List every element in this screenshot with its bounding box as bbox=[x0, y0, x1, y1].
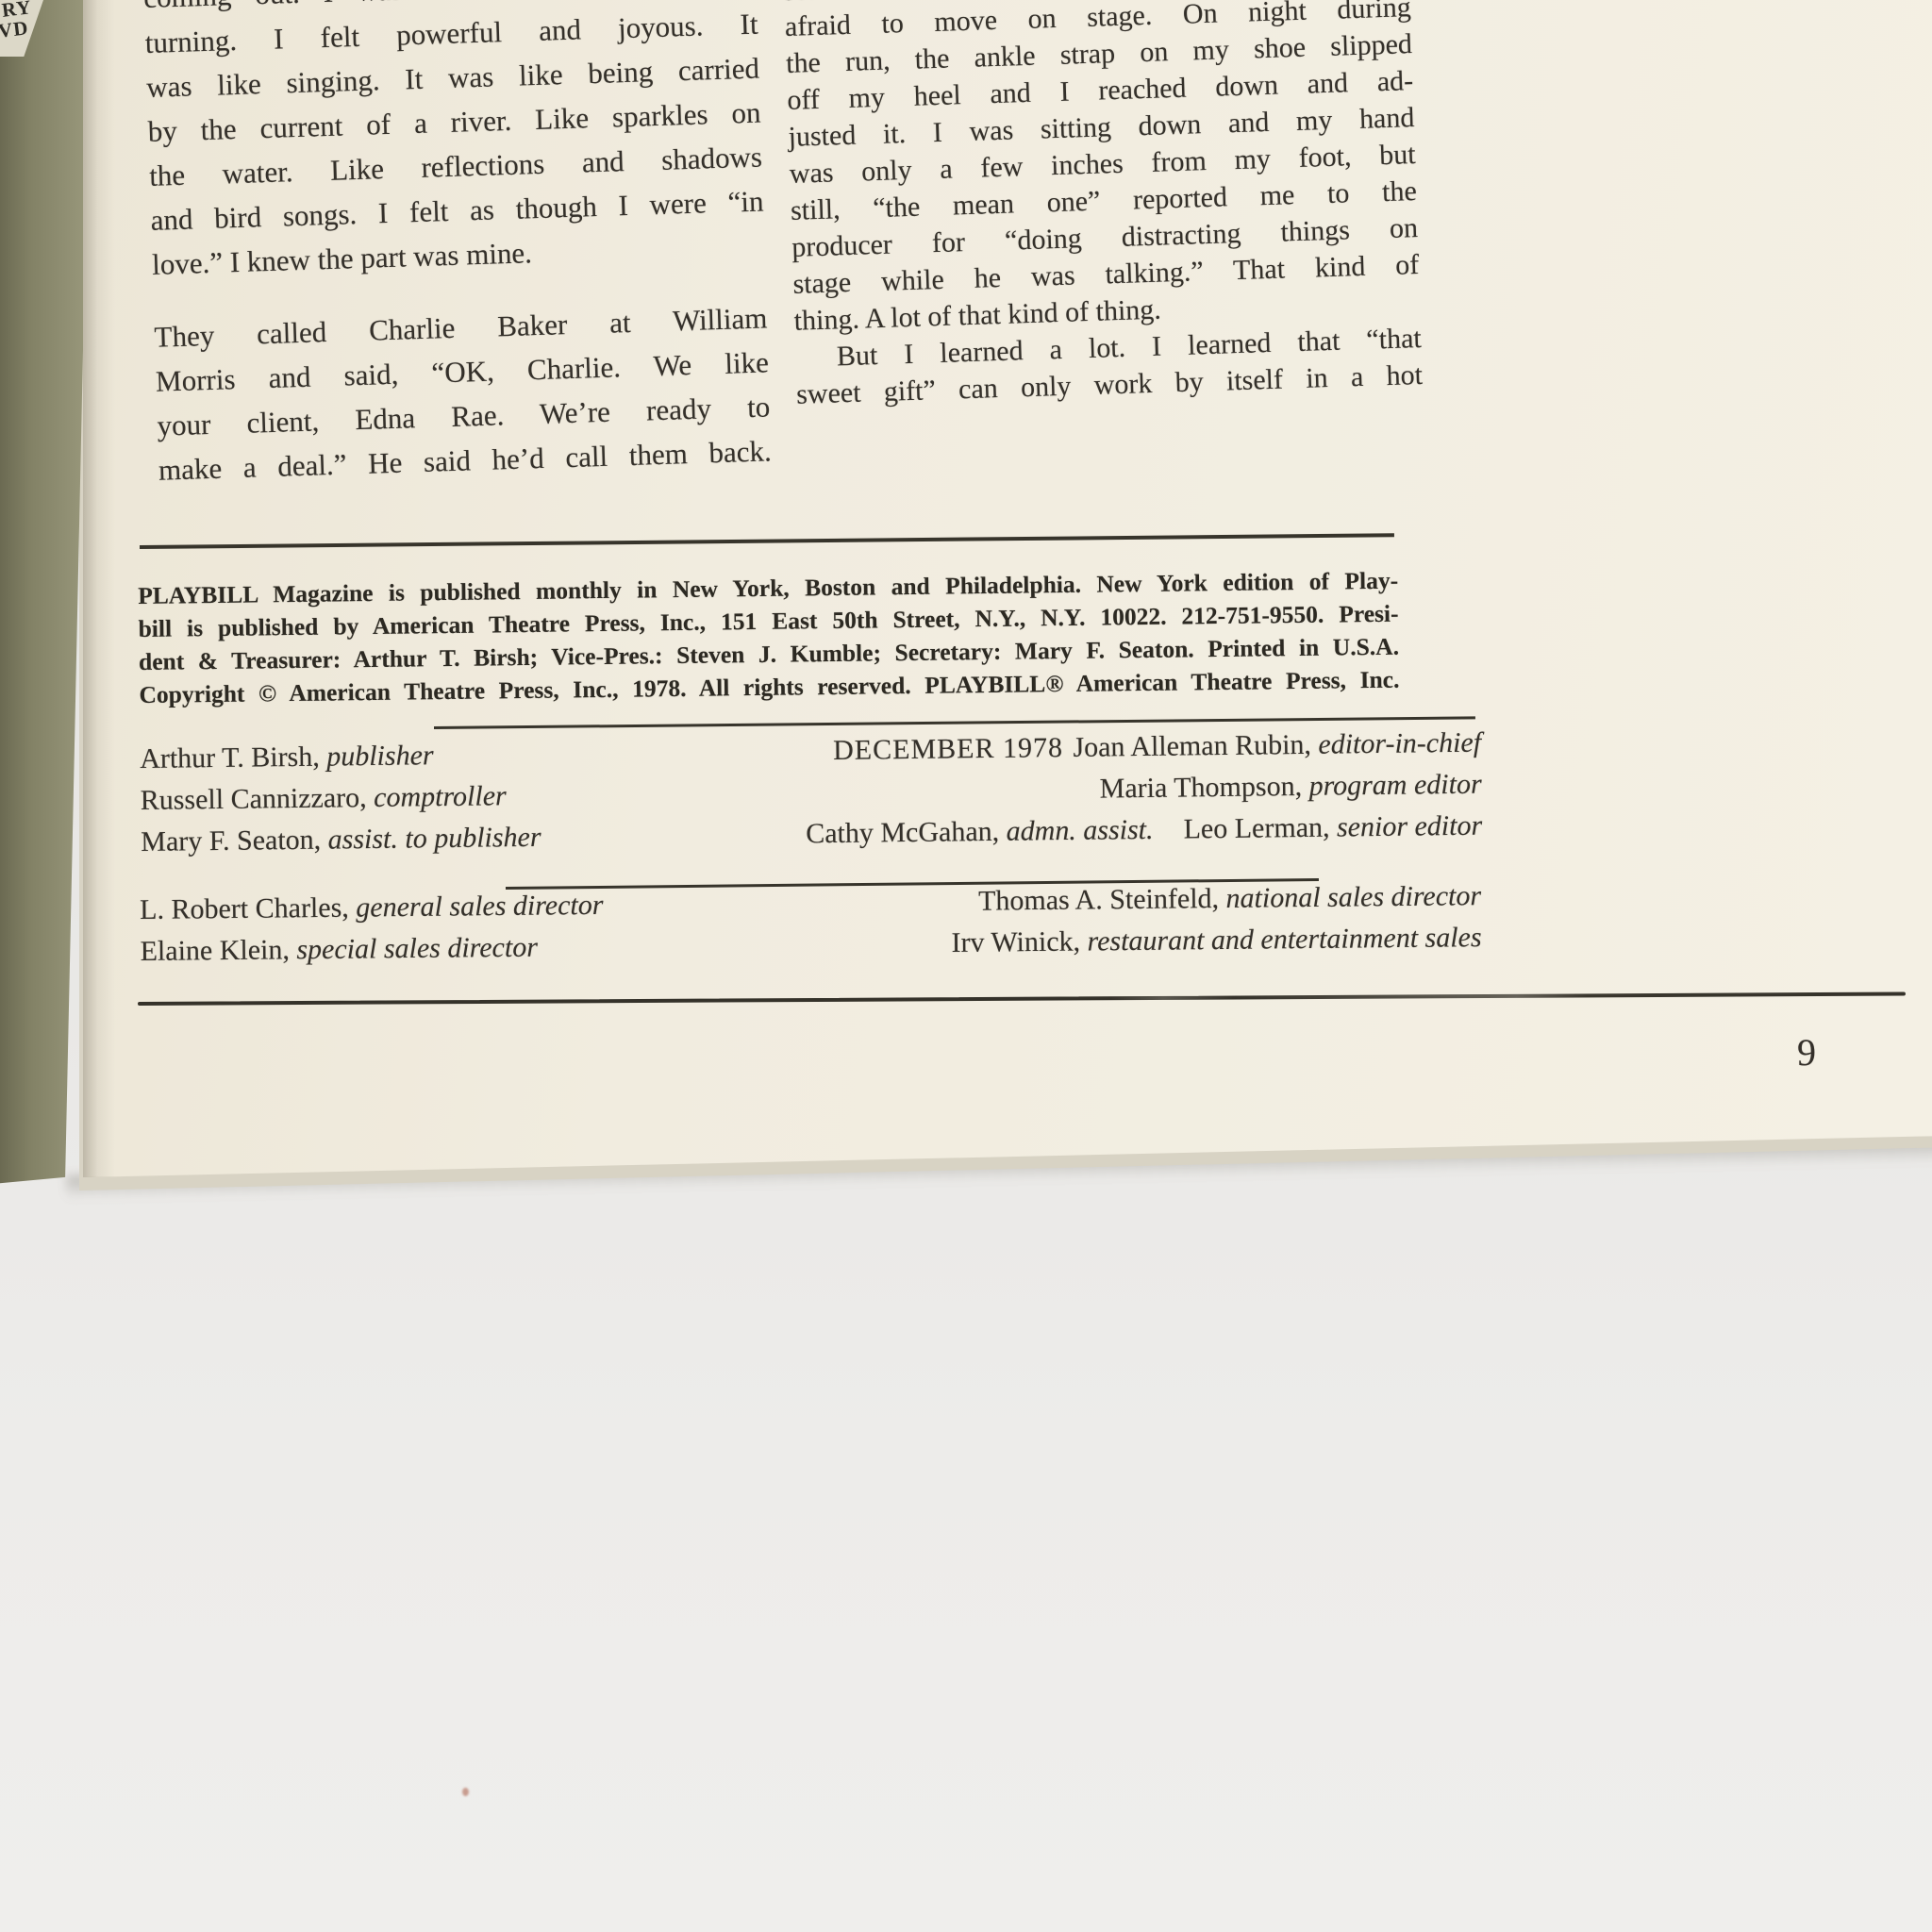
staff-title: program editor bbox=[1308, 769, 1481, 802]
staff-name: Cathy McGahan, bbox=[806, 816, 999, 850]
divider-rule bbox=[138, 992, 1906, 1006]
staff-name: Russell Cannizzaro, bbox=[141, 782, 367, 816]
staff-credit: Maria Thompson, program editor bbox=[1099, 769, 1481, 806]
photo-of-playbill-page: RY VD coming out. I was excited. The pag… bbox=[0, 0, 1932, 1932]
staff-credit: Joan Alleman Rubin, editor-in-chief bbox=[1073, 727, 1481, 764]
staff-credit: Russell Cannizzaro, comptroller bbox=[141, 780, 507, 817]
staff-credit: L. Robert Charles, general sales directo… bbox=[140, 890, 604, 926]
staff-title: general sales director bbox=[356, 890, 604, 924]
staff-title: editor-in-chief bbox=[1318, 727, 1481, 760]
staff-title: publisher bbox=[326, 740, 434, 772]
staff-name: Leo Lerman, bbox=[1183, 812, 1329, 845]
staff-title: national sales director bbox=[1225, 880, 1481, 914]
staff-name: Thomas A. Steinfeld, bbox=[978, 883, 1219, 917]
divider-rule bbox=[434, 716, 1475, 729]
staff-name: Mary F. Seaton, bbox=[141, 824, 321, 858]
dust-speck bbox=[462, 1788, 469, 1796]
staff-name: Elaine Klein, bbox=[140, 934, 290, 967]
staff-name: L. Robert Charles, bbox=[140, 892, 349, 925]
staff-credit: Thomas A. Steinfeld, national sales dire… bbox=[978, 880, 1481, 918]
sales-credits: L. Robert Charles, general sales directo… bbox=[140, 880, 1482, 977]
staff-name: Maria Thompson, bbox=[1099, 771, 1302, 805]
staff-credit: Irv Winick, restaurant and entertainment… bbox=[951, 922, 1481, 959]
staff-name: Joan Alleman Rubin, bbox=[1073, 729, 1311, 763]
staff-title: senior editor bbox=[1337, 810, 1483, 843]
staff-title: admn. assist. bbox=[1006, 814, 1153, 847]
staff-name: Irv Winick, bbox=[951, 926, 1080, 958]
staff-credit: Elaine Klein, special sales director bbox=[140, 932, 538, 968]
masthead-credits: Arthur T. Birsh, publisher DECEMBER 1978… bbox=[140, 727, 1483, 868]
staff-title: comptroller bbox=[374, 780, 507, 813]
article-left-column: coming out. I was excited. The pages wer… bbox=[143, 0, 772, 492]
staff-credit: Leo Lerman, senior editor bbox=[1183, 810, 1482, 846]
magazine-cover-strip bbox=[0, 0, 91, 1187]
publisher-statement: PLAYBILL Magazine is published monthly i… bbox=[138, 564, 1400, 711]
article-right-column: ean a season. But I wasn’t very good. I … bbox=[783, 0, 1423, 413]
masthead-issue-date: DECEMBER 1978 bbox=[833, 732, 1063, 767]
cover-text-fragment: VD bbox=[0, 16, 30, 43]
staff-credit: Arthur T. Birsh, publisher bbox=[140, 740, 434, 775]
staff-title: assist. to publisher bbox=[327, 822, 541, 856]
staff-credit: Mary F. Seaton, assist. to publisher bbox=[141, 822, 541, 858]
page-number: 9 bbox=[1797, 1030, 1816, 1074]
divider-rule bbox=[140, 533, 1394, 549]
staff-name: Arthur T. Birsh, bbox=[140, 741, 320, 774]
staff-credit: Cathy McGahan, admn. assist. bbox=[806, 814, 1154, 850]
staff-title: restaurant and entertainment sales bbox=[1087, 922, 1481, 957]
magazine-page: coming out. I was excited. The pages wer… bbox=[83, 0, 1932, 1177]
staff-title: special sales director bbox=[296, 932, 538, 966]
